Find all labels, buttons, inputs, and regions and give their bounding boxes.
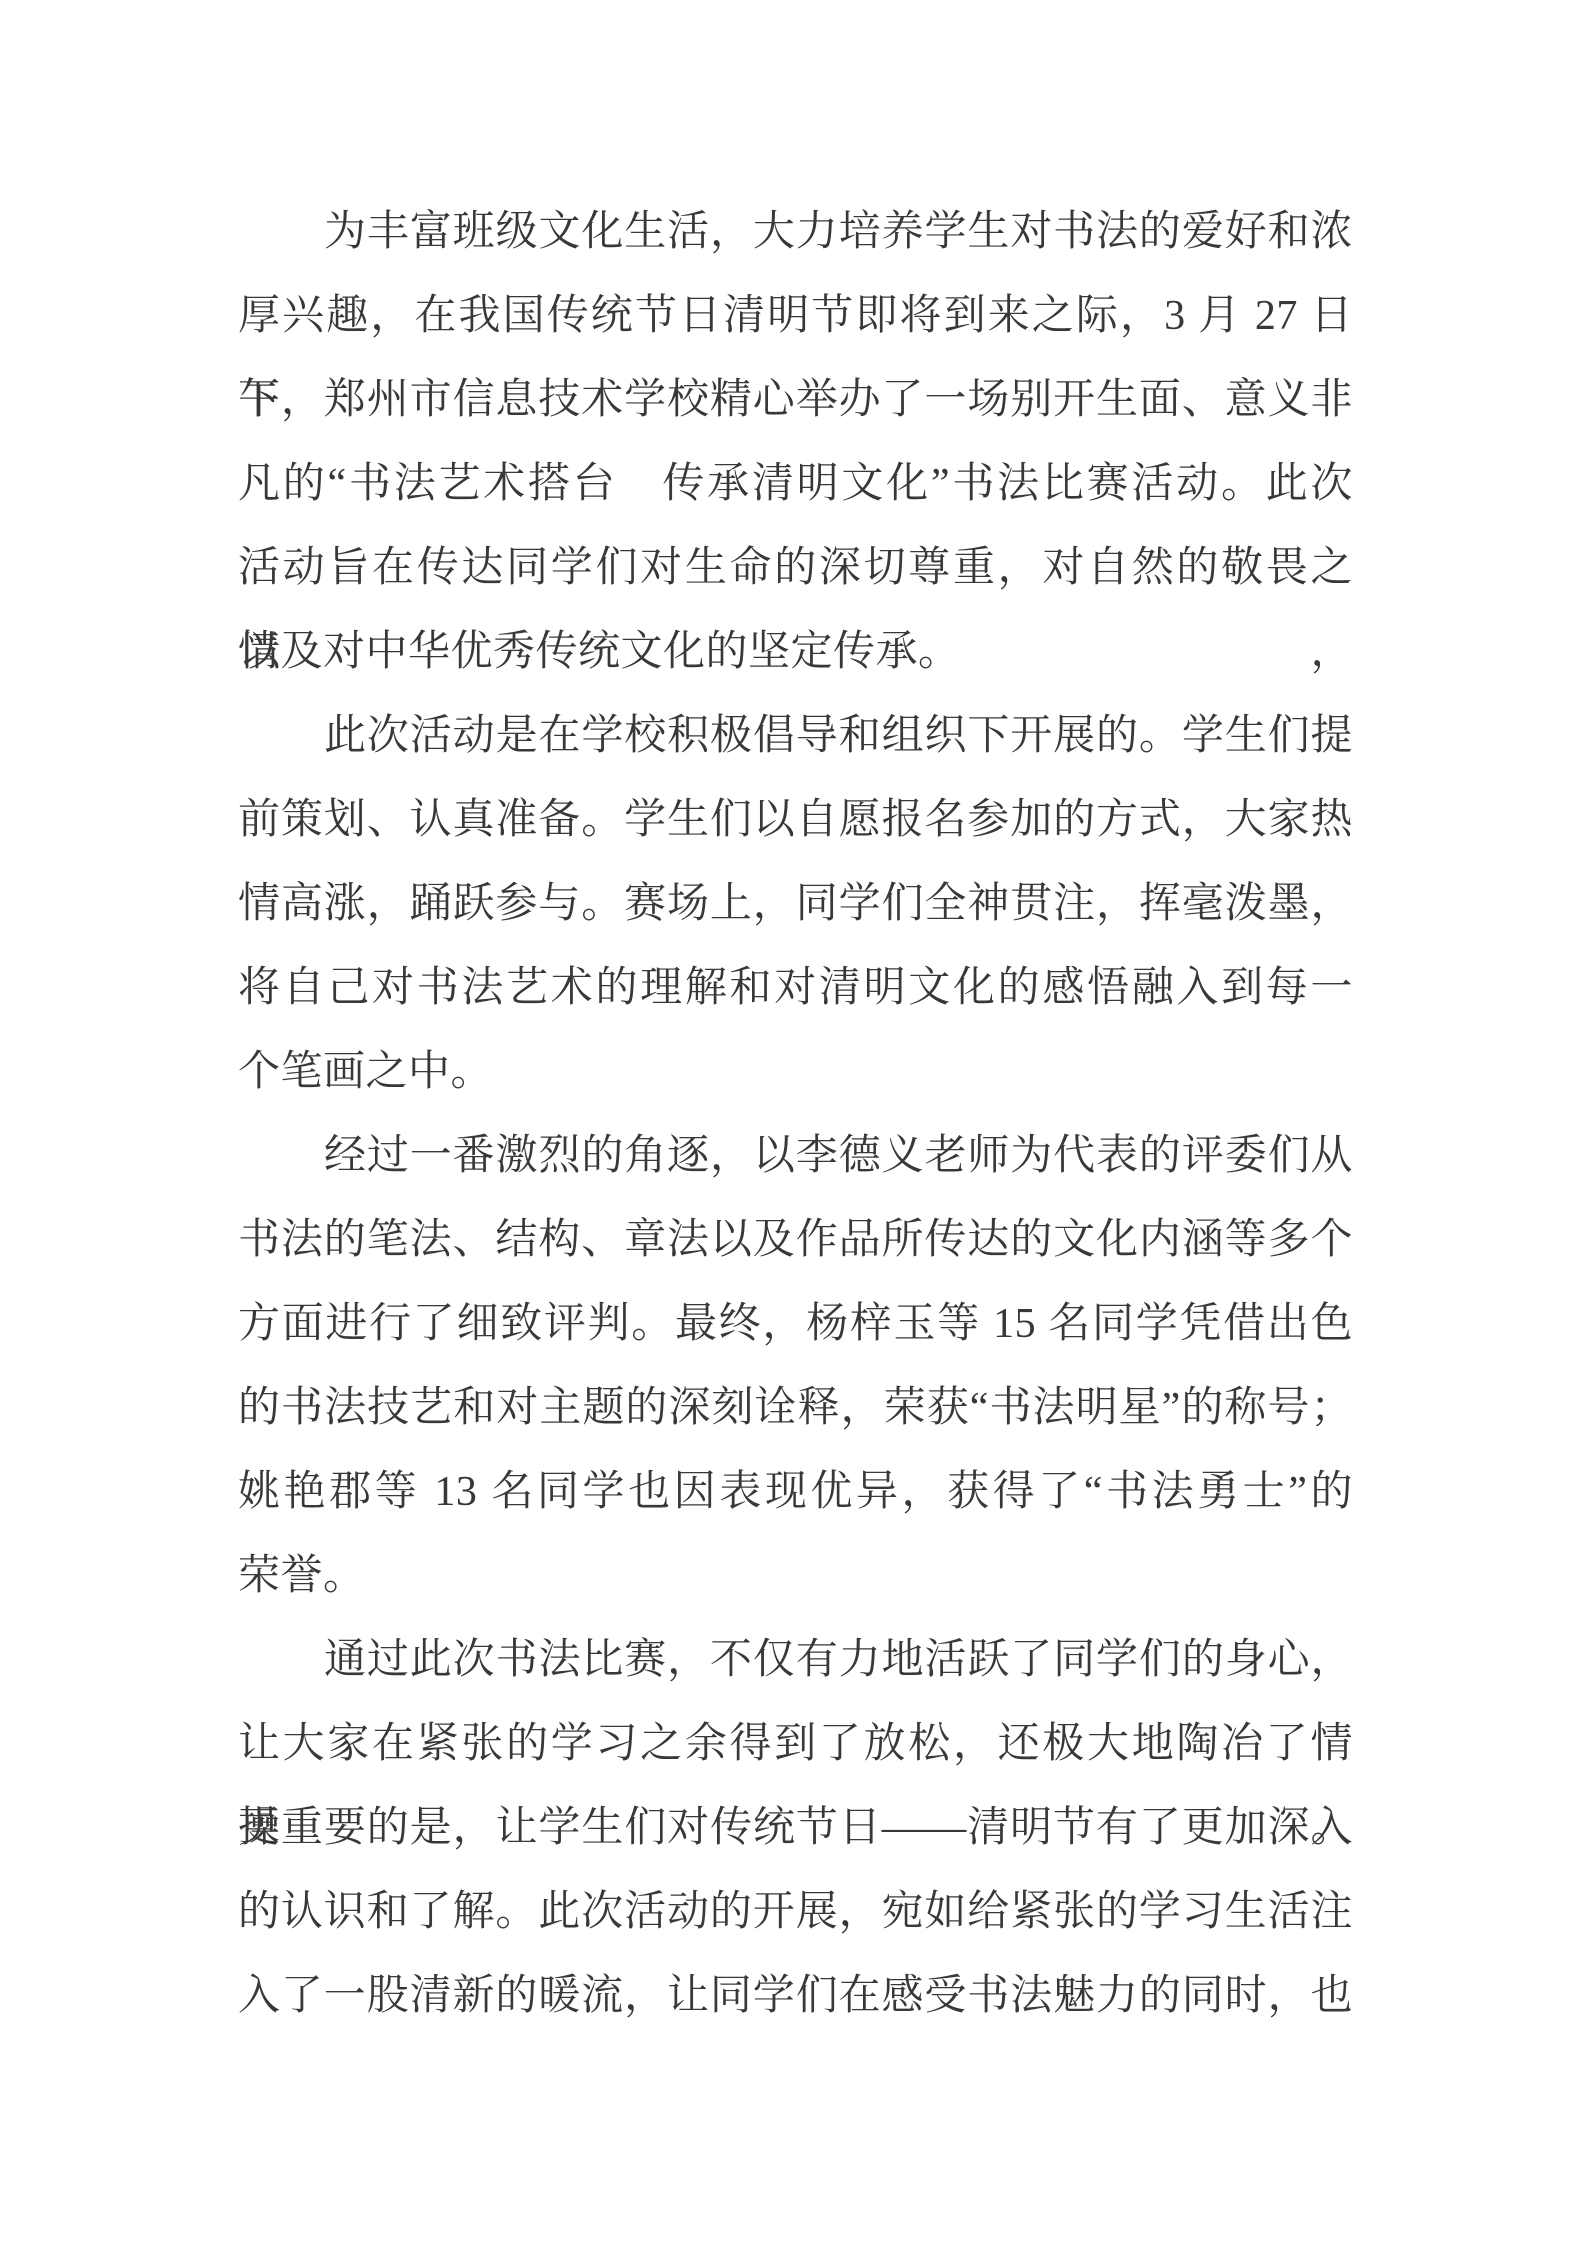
text-line: 午，郑州市信息技术学校精心举办了一场别开生面、意义非 xyxy=(238,358,1353,442)
text-line: 书法的笔法、结构、章法以及作品所传达的文化内涵等多个 xyxy=(238,1198,1353,1282)
text-line: 通过此次书法比赛，不仅有力地活跃了同学们的身心， xyxy=(238,1618,1353,1702)
text-line: 此次活动是在学校积极倡导和组织下开展的。学生们提 xyxy=(238,694,1353,778)
text-line: 让大家在紧张的学习之余得到了放松，还极大地陶冶了情操。 xyxy=(238,1702,1353,1786)
text-line: 姚艳郡等 13 名同学也因表现优异，获得了“书法勇士”的 xyxy=(238,1450,1353,1534)
text-line: 荣誉。 xyxy=(238,1534,1353,1618)
text-line: 经过一番激烈的角逐，以李德义老师为代表的评委们从 xyxy=(238,1114,1353,1198)
text-line: 入了一股清新的暖流，让同学们在感受书法魅力的同时，也 xyxy=(238,1954,1353,2038)
text-line: 活动旨在传达同学们对生命的深切尊重，对自然的敬畏之情， xyxy=(238,526,1353,610)
text-line: 厚兴趣，在我国传统节日清明节即将到来之际，3 月 27 日下 xyxy=(238,274,1353,358)
text-line: 的认识和了解。此次活动的开展，宛如给紧张的学习生活注 xyxy=(238,1870,1353,1954)
text-line: 个笔画之中。 xyxy=(238,1030,1353,1114)
text-line: 凡的“书法艺术搭台 传承清明文化”书法比赛活动。此次 xyxy=(238,442,1353,526)
text-line: 为丰富班级文化生活，大力培养学生对书法的爱好和浓 xyxy=(238,190,1353,274)
text-line: 的书法技艺和对主题的深刻诠释，荣获“书法明星”的称号； xyxy=(238,1366,1353,1450)
text-line: 更重要的是，让学生们对传统节日——清明节有了更加深入 xyxy=(238,1786,1353,1870)
text-line: 将自己对书法艺术的理解和对清明文化的感悟融入到每一 xyxy=(238,946,1353,1030)
document-body: 为丰富班级文化生活，大力培养学生对书法的爱好和浓厚兴趣，在我国传统节日清明节即将… xyxy=(238,190,1353,2038)
document-page: 为丰富班级文化生活，大力培养学生对书法的爱好和浓厚兴趣，在我国传统节日清明节即将… xyxy=(0,0,1587,2245)
text-line: 前策划、认真准备。学生们以自愿报名参加的方式，大家热 xyxy=(238,778,1353,862)
text-line: 情高涨，踊跃参与。赛场上，同学们全神贯注，挥毫泼墨， xyxy=(238,862,1353,946)
text-line: 方面进行了细致评判。最终，杨梓玉等 15 名同学凭借出色 xyxy=(238,1282,1353,1366)
